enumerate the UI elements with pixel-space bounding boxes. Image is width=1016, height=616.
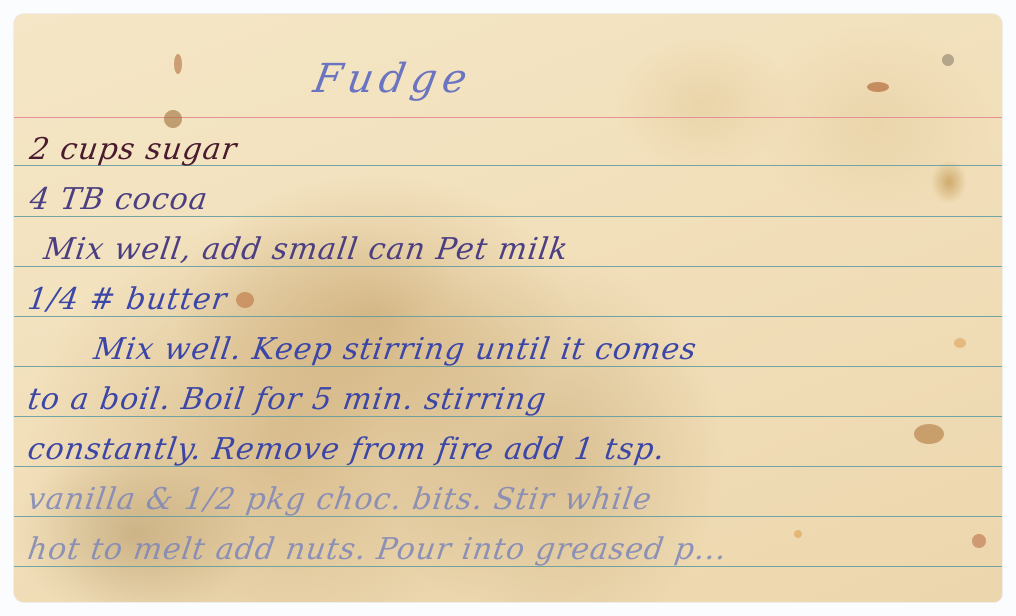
instruction-line: Mix well. Keep stirring until it comes: [92, 332, 700, 367]
recipe-title: Fudge: [310, 56, 477, 102]
ingredient-line: 1/4 # butter: [26, 282, 230, 317]
instruction-line: hot to melt add nuts. Pour into greased …: [26, 532, 730, 567]
header-rule: [14, 117, 1002, 118]
instruction-line: constantly. Remove from fire add 1 tsp.: [26, 432, 668, 467]
stain-spot: [942, 54, 954, 66]
stain-spot: [972, 534, 986, 548]
stain-spot: [914, 424, 944, 444]
ingredient-line: 4 TB cocoa: [28, 182, 211, 217]
instruction-line: Mix well, add small can Pet milk: [42, 232, 571, 267]
stain-spot: [164, 110, 182, 128]
stain-spot: [236, 292, 254, 308]
recipe-card: Fudge 2 cups sugar 4 TB cocoa Mix well, …: [14, 14, 1002, 602]
stain-spot: [867, 82, 889, 92]
ingredient-line: 2 cups sugar: [28, 132, 240, 167]
stain-spot: [794, 530, 802, 538]
instruction-line: vanilla & 1/2 pkg choc. bits. Stir while: [26, 482, 655, 517]
instruction-line: to a boil. Boil for 5 min. stirring: [26, 382, 549, 417]
stain-spot: [954, 338, 966, 348]
stain-spot: [174, 54, 182, 74]
page: Fudge 2 cups sugar 4 TB cocoa Mix well, …: [0, 0, 1016, 616]
